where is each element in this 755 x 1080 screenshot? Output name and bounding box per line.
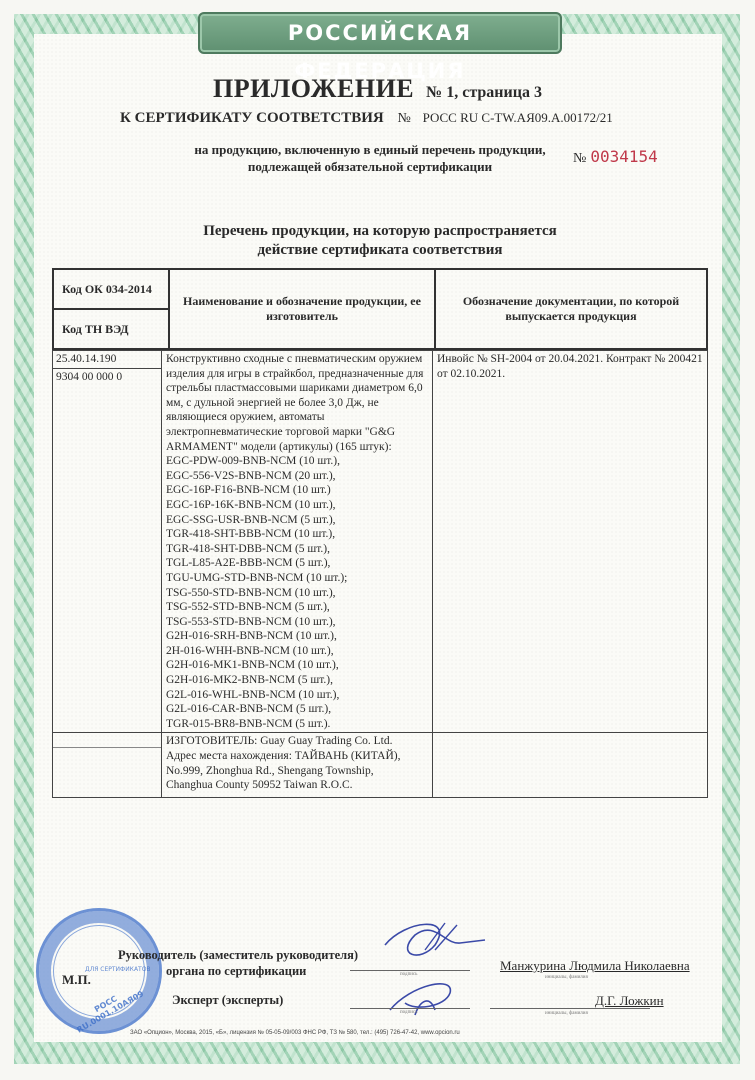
form-no-sign: № [573,151,586,166]
table-row: 25.40.14.190 9304 00 000 0 Конструктивно… [53,351,708,733]
country-banner: РОССИЙСКАЯ ФЕДЕРАЦИЯ [198,12,562,54]
form-number: №0034154 [573,147,658,167]
list-title-line-1: Перечень продукции, на которую распростр… [180,222,580,241]
model-item: TGU-UMG-STD-BNB-NCM (10 шт.); [166,571,428,586]
table-header: Код ОК 034-2014 Наименование и обозначен… [52,268,708,350]
seal-place-label: М.П. [62,972,91,988]
certificate-line: К СЕРТИФИКАТУ СООТВЕТСТВИЯ № РОСС RU C-T… [120,110,613,127]
header-name: Наименование и обозначение продукции, ее… [169,269,435,349]
expert-signature-line [350,1008,470,1009]
manufacturer-cell: ИЗГОТОВИТЕЛЬ: Guay Guay Trading Co. Ltd.… [162,733,433,798]
model-item: EGC-SSG-USR-BNB-NCM (5 шт.), [166,513,428,528]
manufacturer-name: ИЗГОТОВИТЕЛЬ: Guay Guay Trading Co. Ltd. [166,734,428,749]
model-item: TGL-L85-A2E-BBB-NCM (5 шт.), [166,556,428,571]
model-item: TGR-015-BR8-BNB-NCM (5 шт.). [166,717,428,732]
head-signature-caption: подпись [400,972,417,977]
manufacturer-address-1: Адрес места нахождения: ТАЙВАНЬ (КИТАЙ), [166,749,428,764]
expert-label: Эксперт (эксперты) [172,993,283,1008]
manufacturer-address-3: Changhua County 50952 Taiwan R.O.C. [166,778,428,793]
model-item: TGR-418-SHT-DBB-NCM (5 шт.), [166,542,428,557]
scope-line-1: на продукцию, включенную в единый перече… [165,141,575,158]
appendix-heading: ПРИЛОЖЕНИЕ [213,74,414,103]
form-number-value: 0034154 [590,147,657,166]
certificate-label: К СЕРТИФИКАТУ СООТВЕТСТВИЯ [120,110,384,126]
head-signature [375,915,495,965]
code-tnved-value: 9304 00 000 0 [53,369,161,386]
model-item: TSG-553-STD-BNB-NCM (10 шт.), [166,615,428,630]
manufacturer-row: ИЗГОТОВИТЕЛЬ: Guay Guay Trading Co. Ltd.… [53,733,708,798]
docs-cell-empty [433,733,708,798]
certification-stamp: ДЛЯ СЕРТИФИКАТОВ РОСС RU.0001.10АЯ09 [36,908,162,1034]
model-item: TGR-418-SHT-BBB-NCM (10 шт.), [166,527,428,542]
model-item: EGC-PDW-009-BNB-NCM (10 шт.), [166,454,428,469]
expert-name-caption: инициалы, фамилия [545,1011,588,1016]
product-table: 25.40.14.190 9304 00 000 0 Конструктивно… [52,350,708,798]
model-item: G2L-016-CAR-BNB-NCM (5 шт.), [166,702,428,717]
model-item: 2H-016-WHH-BNB-NCM (10 шт.), [166,644,428,659]
expert-signature [375,975,475,1020]
appendix-page: № 1, страница 3 [426,84,542,101]
code-ok-value: 25.40.14.190 [53,351,161,369]
header-docs: Обозначение документации, по которой вып… [435,269,707,349]
model-item: G2L-016-WHL-BNB-NCM (10 шт.), [166,688,428,703]
description-cell: Конструктивно сходные с пневматическим о… [162,351,433,733]
model-item: G2H-016-SRH-BNB-NCM (10 шт.), [166,629,428,644]
manufacturer-address-2: No.999, Zhonghua Rd., Shengang Township, [166,764,428,779]
certificate-no-sign: № [397,111,410,126]
header-code-ok: Код ОК 034-2014 [53,269,169,309]
list-title-line-2: действие сертификата соответствия [180,241,580,260]
list-title: Перечень продукции, на которую распростр… [180,222,580,260]
head-label-1: Руководитель (заместитель руководителя) [118,948,358,963]
head-signature-line [350,970,470,971]
model-item: EGC-16P-F16-BNB-NCM (10 шт.) [166,483,428,498]
docs-cell: Инвойс № SH-2004 от 20.04.2021. Контракт… [433,351,708,733]
head-name-caption: инициалы, фамилия [545,975,588,980]
scope-line-2: подлежащей обязательной сертификации [165,158,575,175]
model-item: G2H-016-MK1-BNB-NCM (10 шт.), [166,658,428,673]
model-item: TSG-552-STD-BNB-NCM (5 шт.), [166,600,428,615]
model-item: TSG-550-STD-BNB-NCM (10 шт.), [166,586,428,601]
certificate-number: РОСС RU C-TW.АЯ09.А.00172/21 [423,110,613,125]
expert-name: Д.Г. Ложкин [595,993,664,1009]
head-name: Манжурина Людмила Николаевна [500,958,690,974]
codes-cell: 25.40.14.190 9304 00 000 0 [53,351,162,733]
product-description: Конструктивно сходные с пневматическим о… [166,352,428,454]
header-code-tnved: Код ТН ВЭД [53,309,169,349]
model-item: EGC-556-V2S-BNB-NCM (20 шт.), [166,469,428,484]
head-label-2: органа по сертификации [166,964,306,979]
model-item: EGC-16P-16K-BNB-NCM (10 шт.), [166,498,428,513]
stamp-center-text: ДЛЯ СЕРТИФИКАТОВ [85,966,151,973]
model-list: EGC-PDW-009-BNB-NCM (10 шт.),EGC-556-V2S… [166,454,428,731]
model-item: G2H-016-MK2-BNB-NCM (5 шт.), [166,673,428,688]
expert-signature-caption: подпись [400,1010,417,1015]
appendix-title: ПРИЛОЖЕНИЕ № 1, страница 3 [0,74,755,104]
printer-footer: ЗАО «Опцион», Москва, 2015, «Б», лицензи… [130,1030,460,1036]
scope-text: на продукцию, включенную в единый перече… [165,141,575,175]
codes-cell-empty [53,733,162,798]
